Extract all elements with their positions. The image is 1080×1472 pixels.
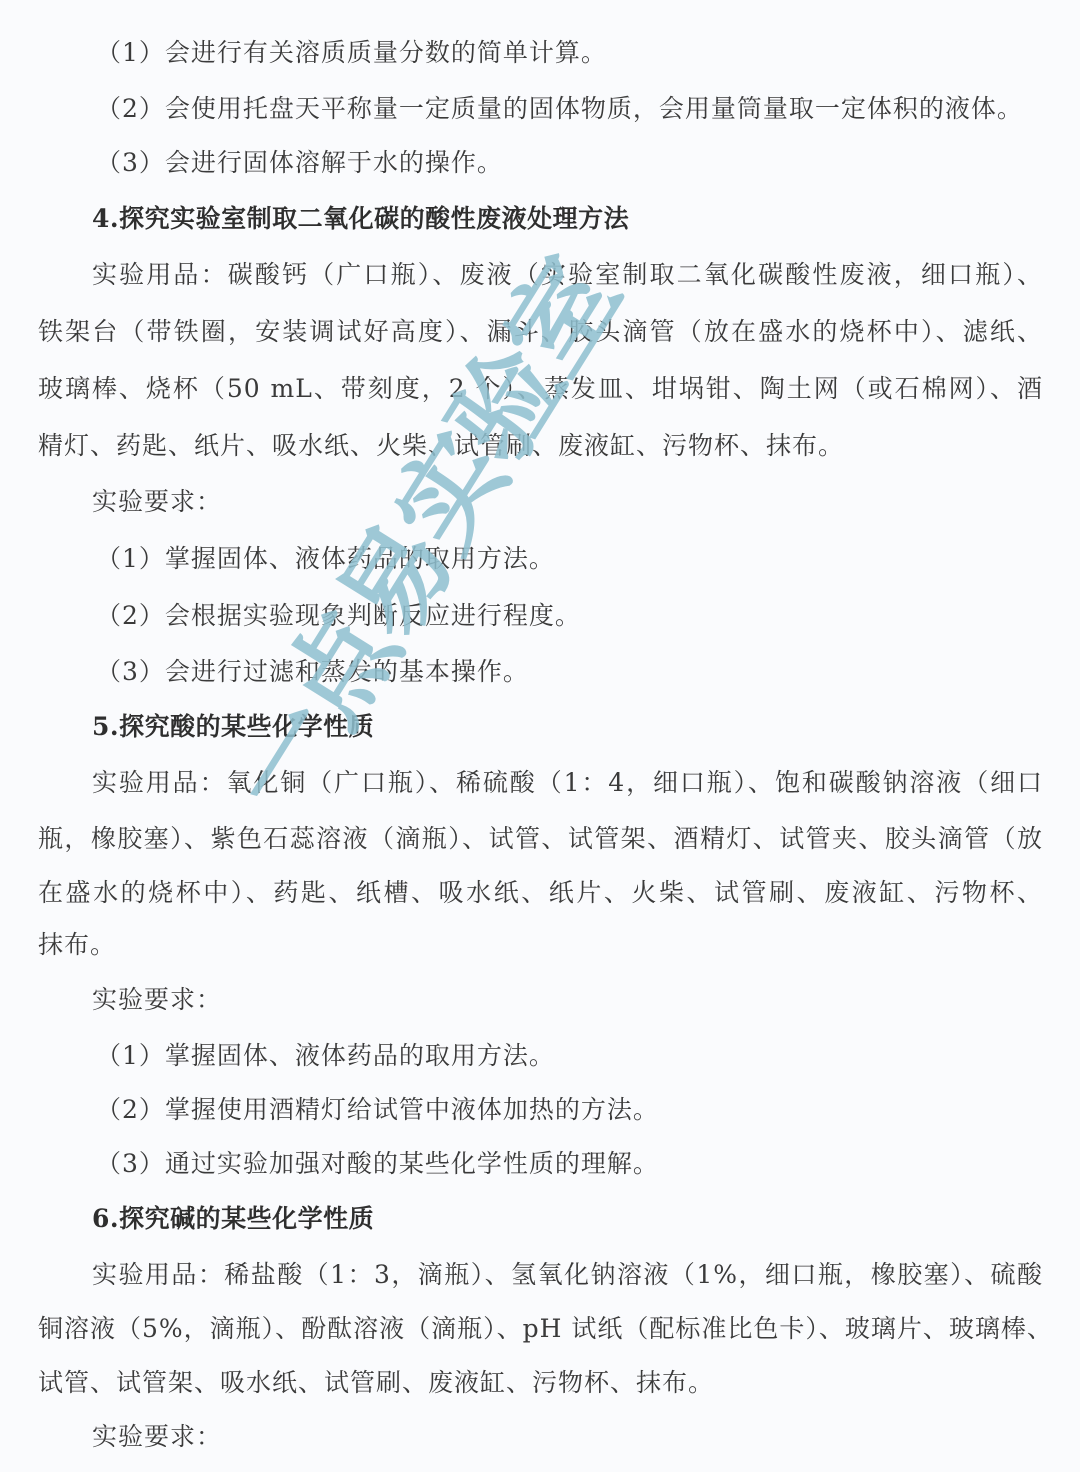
section5-materials-line-4: 抹布。 — [38, 929, 116, 961]
section4-materials-line-3: 玻璃棒、烧杯（50 mL、带刻度，2 个）、蒸发皿、坩埚钳、陶土网（或石棉网）、… — [38, 373, 1043, 405]
section3-requirement-2: （2）会使用托盘天平称量一定质量的固体物质，会用量筒量取一定体积的液体。 — [96, 93, 1023, 125]
section4-materials-line-4: 精灯、药匙、纸片、吸水纸、火柴、试管刷、废液缸、污物杯、抹布。 — [38, 430, 844, 462]
section4-requirements-label: 实验要求： — [92, 486, 222, 518]
document-page: （1）会进行有关溶质质量分数的简单计算。 （2）会使用托盘天平称量一定质量的固体… — [0, 0, 1080, 1472]
section4-materials-line-2: 铁架台（带铁圈，安装调试好高度）、漏斗、胶头滴管（放在盛水的烧杯中）、滤纸、 — [38, 316, 1043, 348]
section5-materials-line-1: 实验用品：氧化铜（广口瓶）、稀硫酸（1：4，细口瓶）、饱和碳酸钠溶液（细口 — [92, 767, 1043, 799]
section5-materials-line-3: 在盛水的烧杯中）、药匙、纸槽、吸水纸、纸片、火柴、试管刷、废液缸、污物杯、 — [38, 877, 1043, 909]
section3-requirement-1: （1）会进行有关溶质质量分数的简单计算。 — [96, 37, 607, 69]
section5-requirement-2: （2）掌握使用酒精灯给试管中液体加热的方法。 — [96, 1094, 659, 1126]
section6-requirements-label: 实验要求： — [92, 1421, 222, 1453]
section6-materials-line-3: 试管、试管架、吸水纸、试管刷、废液缸、污物杯、抹布。 — [38, 1367, 714, 1399]
section5-requirement-1: （1）掌握固体、液体药品的取用方法。 — [96, 1040, 555, 1072]
section6-materials-line-1: 实验用品：稀盐酸（1：3，滴瓶）、氢氧化钠溶液（1%，细口瓶，橡胶塞）、硫酸 — [92, 1259, 1043, 1291]
section4-heading: 4.探究实验室制取二氧化碳的酸性废液处理方法 — [92, 203, 629, 235]
section4-requirement-2: （2）会根据实验现象判断反应进行程度。 — [96, 600, 581, 632]
section5-heading: 5.探究酸的某些化学性质 — [92, 711, 374, 743]
section5-requirement-3: （3）通过实验加强对酸的某些化学性质的理解。 — [96, 1148, 659, 1180]
section4-requirement-1: （1）掌握固体、液体药品的取用方法。 — [96, 543, 555, 575]
section6-heading: 6.探究碱的某些化学性质 — [92, 1203, 374, 1235]
section5-materials-line-2: 瓶，橡胶塞）、紫色石蕊溶液（滴瓶）、试管、试管架、酒精灯、试管夹、胶头滴管（放 — [38, 823, 1043, 855]
section4-requirement-3: （3）会进行过滤和蒸发的基本操作。 — [96, 656, 529, 688]
section6-materials-line-2: 铜溶液（5%，滴瓶）、酚酞溶液（滴瓶）、pH 试纸（配标准比色卡）、玻璃片、玻璃… — [38, 1313, 1043, 1345]
section5-requirements-label: 实验要求： — [92, 984, 222, 1016]
section4-materials-line-1: 实验用品：碳酸钙（广口瓶）、废液（实验室制取二氧化碳酸性废液，细口瓶）、 — [92, 259, 1043, 291]
section3-requirement-3: （3）会进行固体溶解于水的操作。 — [96, 147, 503, 179]
